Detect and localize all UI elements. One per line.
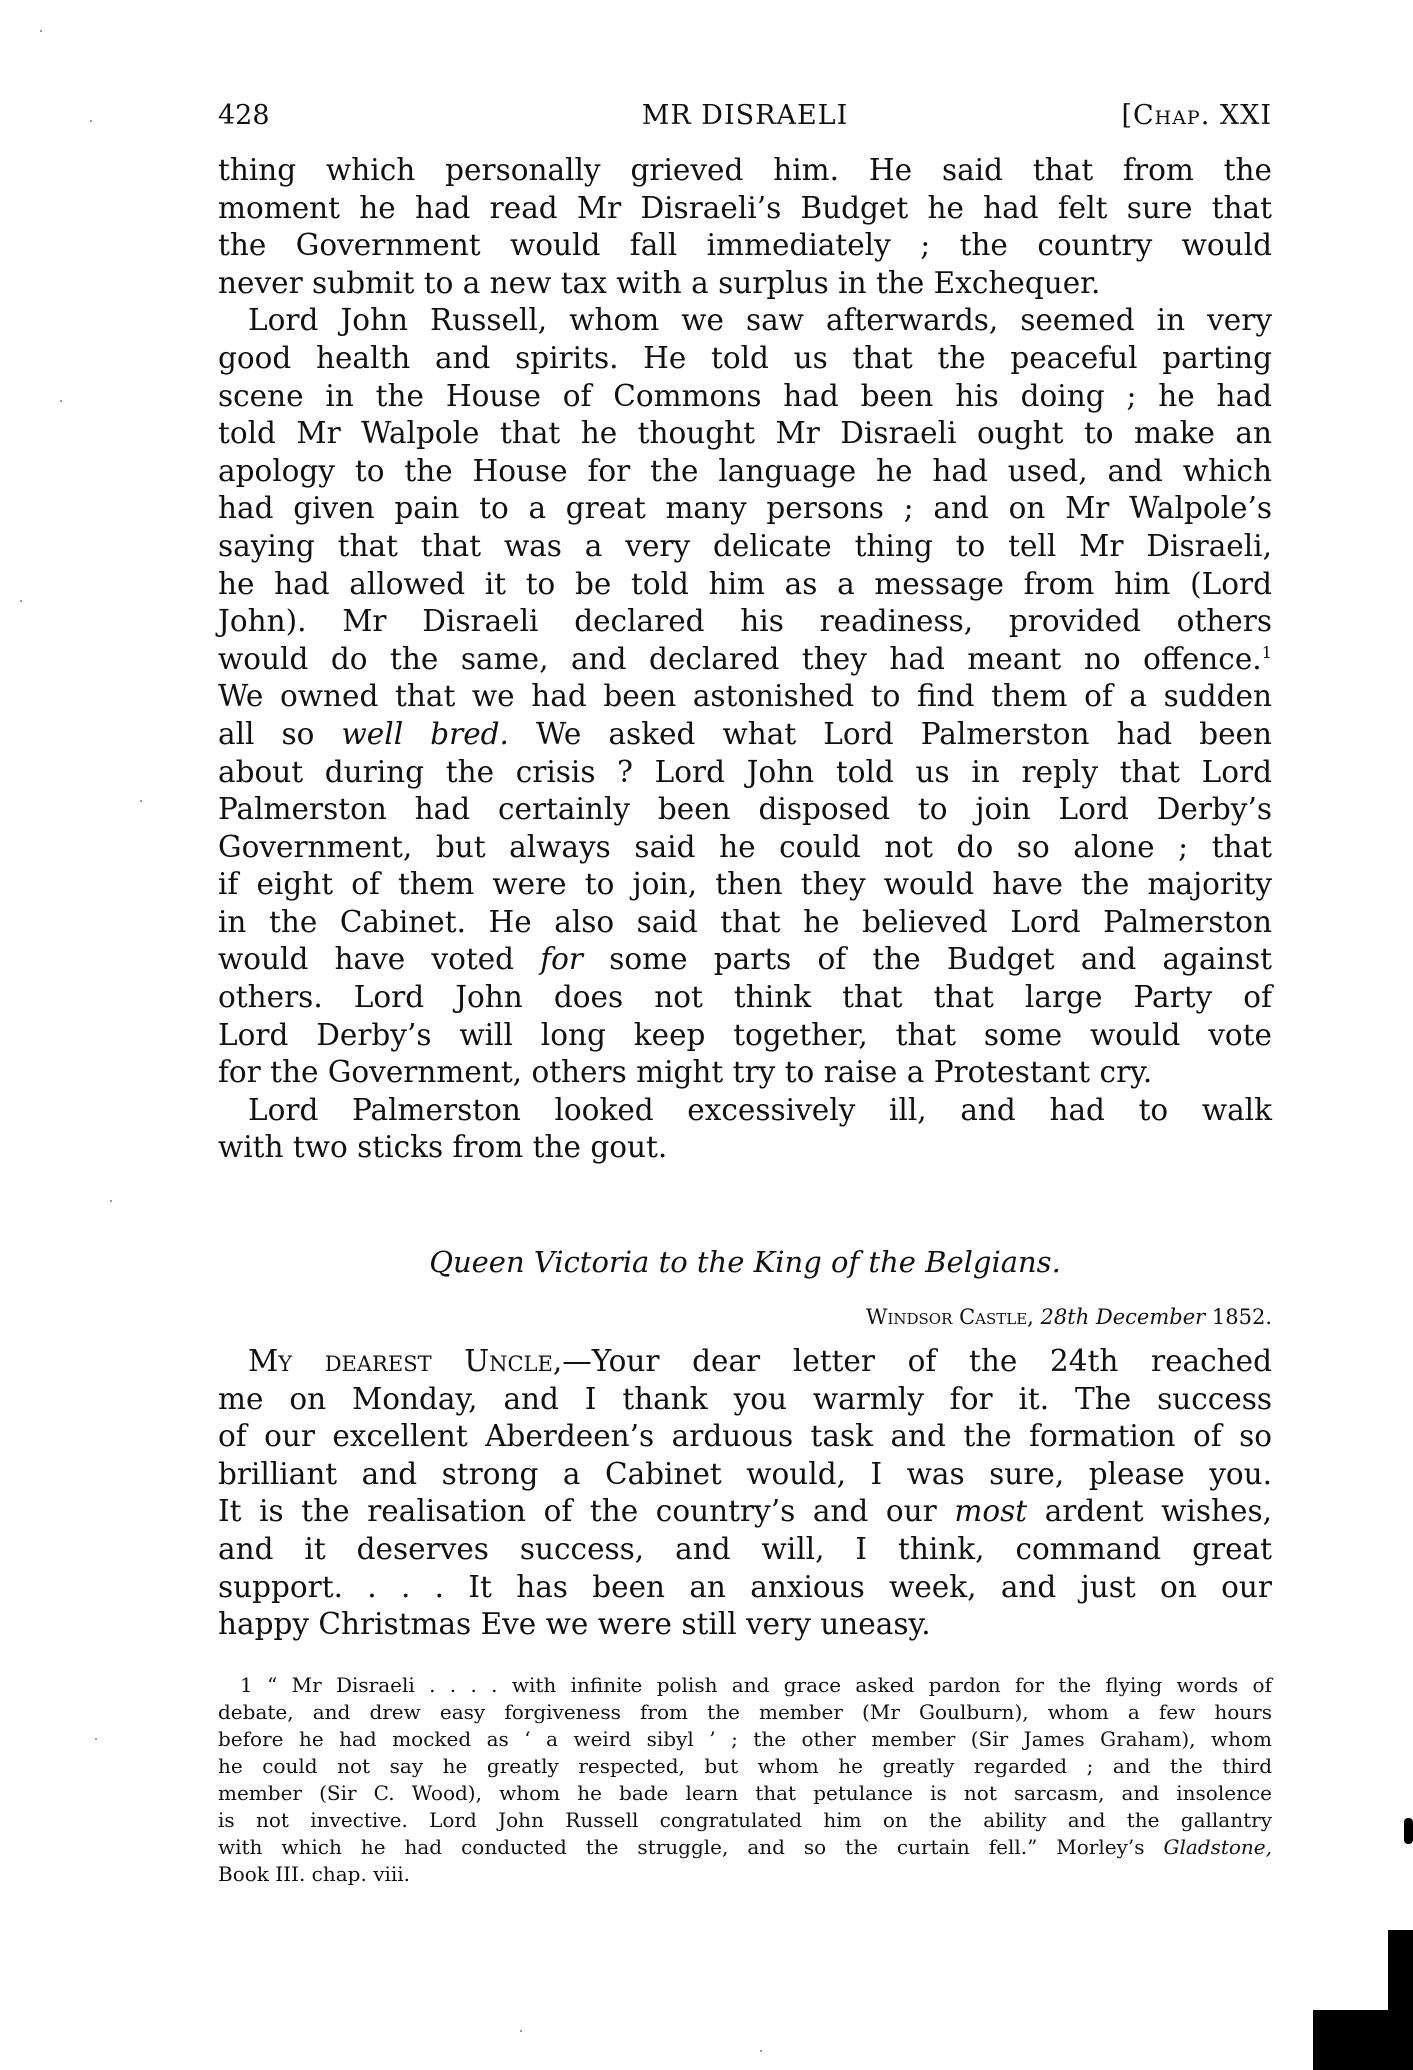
scan-speck	[95, 1738, 97, 1740]
text-segment: “ Mr Disraeli . . . . with infinite poli…	[267, 1673, 1272, 1697]
letter-dateline: Windsor Castle, 28th December 1852.	[218, 1302, 1272, 1332]
text-line: Lord Derby’s will long keep together, th…	[218, 1017, 1272, 1055]
footnote-marker: 1	[240, 1673, 253, 1697]
text-line: never submit to a new tax with a surplus…	[218, 265, 1272, 303]
text-segment: ardent wishes,	[1027, 1494, 1272, 1528]
footnote-line: with which he had conducted the struggle…	[218, 1834, 1272, 1861]
text-line: had given pain to a great many persons ;…	[218, 490, 1272, 528]
footnote-line: Book III. chap. viii.	[218, 1861, 1272, 1888]
footnote: 1 “ Mr Disraeli . . . . with infinite po…	[218, 1672, 1272, 1888]
book-page: 428 MR DISRAELI [Chap. XXI thing which p…	[0, 0, 1413, 2070]
paragraph-2: Lord John Russell, whom we saw afterward…	[218, 302, 1272, 1091]
emphasis-most: most	[954, 1494, 1027, 1528]
text-line: for the Government, others might try to …	[218, 1054, 1272, 1092]
text-line: scene in the House of Commons had been h…	[218, 378, 1272, 416]
scan-speck	[520, 2030, 522, 2032]
text-line: would do the same, and declared they had…	[218, 641, 1272, 679]
main-text: thing which personally grieved him. He s…	[218, 152, 1272, 1167]
scan-speck	[60, 400, 62, 402]
text-segment: It is the realisation of the country’s a…	[218, 1494, 954, 1528]
text-line: Government, but always said he could not…	[218, 829, 1272, 867]
text-line: others. Lord John does not think that th…	[218, 979, 1272, 1017]
paragraph-3: Lord Palmerston looked excessively ill, …	[218, 1092, 1272, 1167]
chapter-label: [Chap. XXI	[1121, 96, 1272, 136]
text-line: support. . . . It has been an anxious we…	[218, 1569, 1272, 1607]
text-line: We owned that we had been astonished to …	[218, 678, 1272, 716]
scan-mark	[1404, 1818, 1413, 1844]
text-line: My dearest Uncle,—Your dear letter of th…	[218, 1343, 1272, 1381]
footnote-line: debate, and drew easy forgiveness from t…	[218, 1699, 1272, 1726]
text-segment: some parts of the Budget and against	[583, 942, 1272, 976]
paragraph-1: thing which personally grieved him. He s…	[218, 152, 1272, 302]
text-line: Lord John Russell, whom we saw afterward…	[218, 302, 1272, 340]
text-segment: with which he had conducted the struggle…	[218, 1835, 1163, 1859]
emphasis-for: for	[540, 942, 583, 976]
text-line: all so well bred. We asked what Lord Pal…	[218, 716, 1272, 754]
text-line: thing which personally grieved him. He s…	[218, 152, 1272, 190]
footnote-line: is not invective. Lord John Russell cong…	[218, 1807, 1272, 1834]
scan-speck	[40, 30, 42, 32]
text-line: John). Mr Disraeli declared his readines…	[218, 603, 1272, 641]
text-line: me on Monday, and I thank you warmly for…	[218, 1381, 1272, 1419]
text-line: the Government would fall immediately ; …	[218, 227, 1272, 265]
dateline-day: 28th December	[1041, 1305, 1206, 1329]
footnote-line: before he had mocked as ‘ a weird sibyl …	[218, 1726, 1272, 1753]
salutation: My dearest Uncle,	[248, 1344, 562, 1378]
text-line: happy Christmas Eve we were still very u…	[218, 1606, 1272, 1644]
scan-speck	[140, 800, 142, 802]
text-line: Palmerston had certainly been disposed t…	[218, 791, 1272, 829]
scan-speck	[90, 120, 92, 122]
text-line: moment he had read Mr Disraeli’s Budget …	[218, 190, 1272, 228]
scan-speck	[110, 1200, 112, 1202]
footnote-line: he could not say he greatly respected, b…	[218, 1753, 1272, 1780]
text-line: and it deserves success, and will, I thi…	[218, 1531, 1272, 1569]
text-segment: would have voted	[218, 942, 540, 976]
footnote-line: 1 “ Mr Disraeli . . . . with infinite po…	[218, 1672, 1272, 1699]
text-line: good health and spirits. He told us that…	[218, 340, 1272, 378]
text-line: with two sticks from the gout.	[218, 1129, 1272, 1167]
text-line: It is the realisation of the country’s a…	[218, 1493, 1272, 1531]
text-line: saying that that was a very delicate thi…	[218, 528, 1272, 566]
dateline-place: Windsor Castle,	[866, 1305, 1034, 1329]
running-title: MR DISRAELI	[218, 96, 1272, 136]
text-segment: —Your dear letter of the 24th reached	[562, 1344, 1272, 1378]
text-segment: We asked what Lord Palmerston had been	[509, 717, 1272, 751]
running-head: 428 MR DISRAELI [Chap. XXI	[218, 96, 1272, 136]
text-segment: all so	[218, 717, 342, 751]
dateline-year: 1852.	[1212, 1305, 1272, 1329]
text-line: he had allowed it to be told him as a me…	[218, 566, 1272, 604]
citation-title: Gladstone,	[1163, 1835, 1272, 1859]
text-line: brilliant and strong a Cabinet would, I …	[218, 1456, 1272, 1494]
scan-shadow	[1313, 2010, 1393, 2070]
text-line: told Mr Walpole that he thought Mr Disra…	[218, 415, 1272, 453]
text-segment: would do the same, and declared they had…	[218, 642, 1262, 676]
scan-speck	[760, 2050, 762, 2052]
text-line: if eight of them were to join, then they…	[218, 866, 1272, 904]
text-line: of our excellent Aberdeen’s arduous task…	[218, 1418, 1272, 1456]
emphasis-well-bred: well bred.	[342, 717, 509, 751]
text-line: about during the crisis ? Lord John told…	[218, 754, 1272, 792]
text-line: in the Cabinet. He also said that he bel…	[218, 904, 1272, 942]
text-line: would have voted for some parts of the B…	[218, 941, 1272, 979]
footnote-line: member (Sir C. Wood), whom he bade learn…	[218, 1780, 1272, 1807]
scan-speck	[20, 600, 22, 602]
footnote-reference[interactable]: 1	[1262, 643, 1272, 662]
letter-body: My dearest Uncle,—Your dear letter of th…	[218, 1343, 1272, 1644]
text-line: apology to the House for the language he…	[218, 453, 1272, 491]
letter-heading: Queen Victoria to the King of the Belgia…	[218, 1242, 1272, 1282]
text-line: Lord Palmerston looked excessively ill, …	[218, 1092, 1272, 1130]
